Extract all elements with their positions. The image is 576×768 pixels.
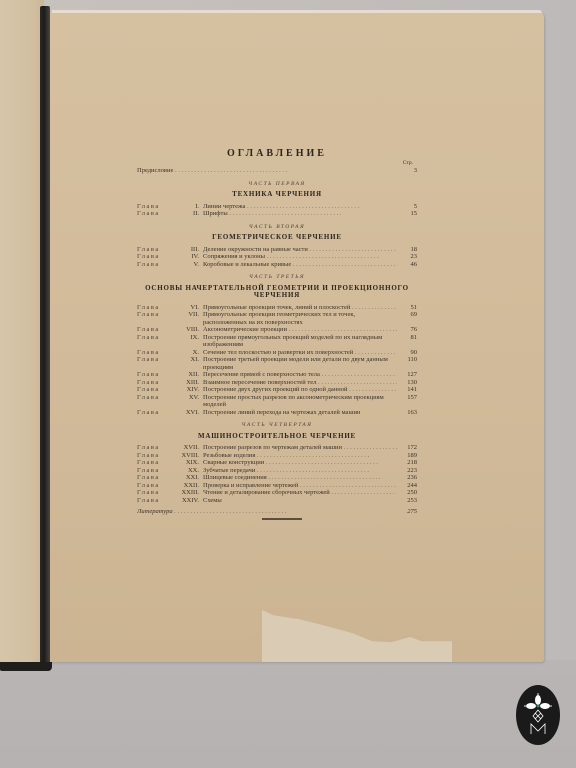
toc-entry: Глава XIV. Построение двух других проекц… [137, 386, 417, 394]
part-title: ГЕОМЕТРИЧЕСКОЕ ЧЕРЧЕНИЕ [137, 234, 417, 242]
chapter-title: Пересечение прямой с поверхностью тела [203, 371, 397, 379]
chapter-title: Прямоугольные проекции точек, линий и пл… [203, 304, 397, 312]
chapter-page: 244 [397, 482, 417, 490]
chapter-title: Резьбовые изделия [203, 452, 397, 460]
toc-entry: Глава XXIV. Схемы 253 [137, 497, 417, 505]
chapter-word: Глава [137, 467, 169, 475]
chapter-number: V. [169, 261, 203, 269]
chapter-title: Проверка и исправление чертежей [203, 482, 397, 490]
part-title: ТЕХНИКА ЧЕРЧЕНИЯ [137, 191, 417, 199]
chapter-title: Построение линий перехода на чертежах де… [203, 409, 397, 417]
chapter-number: I. [169, 203, 203, 211]
chapter-title: Линии чертежа [203, 203, 397, 211]
toc-entry: Глава XII. Пересечение прямой с поверхно… [137, 371, 417, 379]
toc-entry: Глава III. Деление окружности на равные … [137, 246, 417, 254]
chapter-word: Глава [137, 203, 169, 211]
flower-monogram-icon [523, 692, 553, 738]
chapter-word: Глава [137, 246, 169, 254]
toc-entry: Глава VI. Прямоугольные проекции точек, … [137, 304, 417, 312]
chapter-word: Глава [137, 261, 169, 269]
chapter-page: 69 [397, 311, 417, 319]
toc-entry: Глава XV. Построение простых разрезов по… [137, 394, 417, 409]
chapter-title: Сечение тел плоскостью и развертки их по… [203, 349, 397, 357]
chapter-number: IX. [169, 334, 203, 342]
chapter-number: XIX. [169, 459, 203, 467]
chapter-number: XV. [169, 394, 203, 402]
chapter-word: Глава [137, 253, 169, 261]
book-spine [40, 6, 50, 666]
chapter-number: VI. [169, 304, 203, 312]
page-column-label: Стр. [137, 160, 417, 168]
chapter-title: Построение простых разрезов по аксономет… [203, 394, 397, 409]
chapter-number: II. [169, 210, 203, 218]
chapter-word: Глава [137, 311, 169, 319]
chapter-title: Шрифты [203, 210, 397, 218]
toc-entry: Глава XI. Построение третьей проекции мо… [137, 356, 417, 371]
chapter-page: 236 [397, 474, 417, 482]
chapter-number: XXI. [169, 474, 203, 482]
chapter-title: Прямоугольные проекции геометрических те… [203, 311, 397, 326]
toc-entry: Глава XXIII. Чтение и деталирование сбор… [137, 489, 417, 497]
chapter-title: Схемы [203, 497, 397, 505]
chapter-page: 76 [397, 326, 417, 334]
chapter-page: 189 [397, 452, 417, 460]
preface-page: 3 [397, 167, 417, 175]
chapter-title: Аксонометрические проекции [203, 326, 397, 334]
chapter-number: X. [169, 349, 203, 357]
toc-entry: Глава II. Шрифты 15 [137, 210, 417, 218]
chapter-word: Глава [137, 304, 169, 312]
toc-entry: Глава XX. Зубчатые передачи 223 [137, 467, 417, 475]
chapter-word: Глава [137, 459, 169, 467]
chapter-number: IV. [169, 253, 203, 261]
backdrop-table [0, 660, 576, 768]
chapter-title: Сопряжения и уклоны [203, 253, 397, 261]
toc-title: ОГЛАВЛЕНИЕ [137, 150, 417, 158]
chapter-number: XXIII. [169, 489, 203, 497]
chapter-number: XI. [169, 356, 203, 364]
chapter-page: 23 [397, 253, 417, 261]
chapter-title: Коробовые и лекальные кривые [203, 261, 397, 269]
literature-label: Литература [137, 508, 397, 516]
chapter-title: Построение разрезов по чертежам деталей … [203, 444, 397, 452]
chapter-page: 218 [397, 459, 417, 467]
watermark-logo [516, 685, 560, 745]
chapter-title: Зубчатые передачи [203, 467, 397, 475]
chapter-word: Глава [137, 386, 169, 394]
chapter-number: XII. [169, 371, 203, 379]
chapter-page: 172 [397, 444, 417, 452]
part-label: ЧАСТЬ ПЕРВАЯ [137, 181, 417, 189]
chapter-word: Глава [137, 497, 169, 505]
toc-entry: Глава XIX. Сварные конструкции 218 [137, 459, 417, 467]
chapter-word: Глава [137, 356, 169, 364]
table-of-contents: ОГЛАВЛЕНИЕ Стр. Предисловие 3 ЧАСТЬ ПЕРВ… [137, 150, 417, 516]
chapter-title: Построение третьей проекции модели или д… [203, 356, 397, 371]
toc-entry: Глава XXII. Проверка и исправление черте… [137, 482, 417, 490]
toc-preface: Предисловие 3 [137, 167, 417, 175]
toc-entry: Глава IV. Сопряжения и уклоны 23 [137, 253, 417, 261]
chapter-number: XVIII. [169, 452, 203, 460]
part-label: ЧАСТЬ ЧЕТВЕРТАЯ [137, 422, 417, 430]
chapter-title: Сварные конструкции [203, 459, 397, 467]
chapter-page: 163 [397, 409, 417, 417]
toc-entry: Глава XVII. Построение разрезов по черте… [137, 444, 417, 452]
chapter-word: Глава [137, 210, 169, 218]
chapter-word: Глава [137, 326, 169, 334]
chapter-word: Глава [137, 444, 169, 452]
chapter-title: Деление окружности на равные части [203, 246, 397, 254]
page-top-edge [52, 10, 542, 13]
chapter-word: Глава [137, 334, 169, 342]
chapter-number: XVI. [169, 409, 203, 417]
toc-entry: Глава I. Линии чертежа 5 [137, 203, 417, 211]
left-page [0, 0, 44, 665]
chapter-page: 157 [397, 394, 417, 402]
toc-entry: Глава VII. Прямоугольные проекции геомет… [137, 311, 417, 326]
chapter-number: III. [169, 246, 203, 254]
chapter-word: Глава [137, 379, 169, 387]
chapter-word: Глава [137, 371, 169, 379]
chapter-page: 46 [397, 261, 417, 269]
chapter-page: 253 [397, 497, 417, 505]
chapter-title: Шлицевые соединения [203, 474, 397, 482]
preface-label: Предисловие [137, 167, 397, 175]
chapter-page: 15 [397, 210, 417, 218]
part-label: ЧАСТЬ ВТОРАЯ [137, 224, 417, 232]
chapter-title: Построение прямоугольных проекций моделе… [203, 334, 397, 349]
chapter-number: XX. [169, 467, 203, 475]
chapter-number: VIII. [169, 326, 203, 334]
chapter-word: Глава [137, 394, 169, 402]
chapter-title: Чтение и деталирование сборочных чертеже… [203, 489, 397, 497]
chapter-word: Глава [137, 349, 169, 357]
chapter-page: 250 [397, 489, 417, 497]
book-cover-corner [0, 662, 52, 671]
toc-entry: Глава V. Коробовые и лекальные кривые 46 [137, 261, 417, 269]
chapter-page: 51 [397, 304, 417, 312]
chapter-word: Глава [137, 489, 169, 497]
end-rule-divider [262, 518, 302, 520]
toc-entry: Глава XIII. Взаимное пересечение поверхн… [137, 379, 417, 387]
chapter-word: Глава [137, 482, 169, 490]
chapter-page: 127 [397, 371, 417, 379]
chapter-page: 130 [397, 379, 417, 387]
chapter-title: Построение двух других проекций по одной… [203, 386, 397, 394]
toc-entry: Глава VIII. Аксонометрические проекции 7… [137, 326, 417, 334]
chapter-number: XXIV. [169, 497, 203, 505]
chapter-page: 18 [397, 246, 417, 254]
chapter-page: 5 [397, 203, 417, 211]
chapter-number: XIV. [169, 386, 203, 394]
part-label: ЧАСТЬ ТРЕТЬЯ [137, 274, 417, 282]
chapter-title: Взаимное пересечение поверхностей тел [203, 379, 397, 387]
chapter-page: 110 [397, 356, 417, 364]
chapter-number: XIII. [169, 379, 203, 387]
chapter-number: VII. [169, 311, 203, 319]
chapter-word: Глава [137, 409, 169, 417]
toc-entry: Глава IX. Построение прямоугольных проек… [137, 334, 417, 349]
literature-page: 275 [397, 508, 417, 516]
toc-entry: Глава XVI. Построение линий перехода на … [137, 409, 417, 417]
toc-literature: Литература 275 [137, 508, 417, 516]
chapter-number: XVII. [169, 444, 203, 452]
chapter-number: XXII. [169, 482, 203, 490]
toc-entry: Глава X. Сечение тел плоскостью и развер… [137, 349, 417, 357]
toc-entry: Глава XXI. Шлицевые соединения 236 [137, 474, 417, 482]
chapter-page: 81 [397, 334, 417, 342]
part-title: МАШИНОСТРОИТЕЛЬНОЕ ЧЕРЧЕНИЕ [137, 433, 417, 441]
chapter-page: 223 [397, 467, 417, 475]
chapter-word: Глава [137, 474, 169, 482]
toc-entry: Глава XVIII. Резьбовые изделия 189 [137, 452, 417, 460]
chapter-page: 90 [397, 349, 417, 357]
chapter-page: 141 [397, 386, 417, 394]
chapter-word: Глава [137, 452, 169, 460]
part-title: ОСНОВЫ НАЧЕРТАТЕЛЬНОЙ ГЕОМЕТРИИ И ПРОЕКЦ… [137, 285, 417, 300]
